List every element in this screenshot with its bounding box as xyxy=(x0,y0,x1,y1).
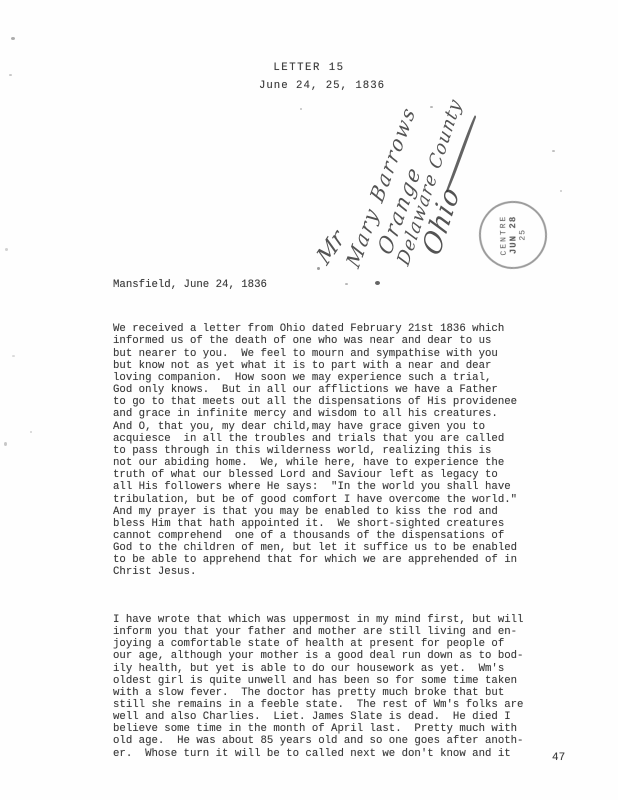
postmark-text: CENTRE JUN 28 25 xyxy=(499,214,528,255)
ink-speck xyxy=(11,37,15,40)
ink-speck xyxy=(552,150,555,152)
letter-line: all His followers where He says: "In the… xyxy=(113,481,523,493)
letter-heading-date: June 24, 25, 1836 xyxy=(13,80,618,92)
letter-line: to be able to apprehend that for which w… xyxy=(113,554,523,566)
letter-line: And my prayer is that you may be enabled… xyxy=(113,506,523,518)
letter-line: acquiesce in all the troubles and trials… xyxy=(113,433,523,445)
letter-heading-title: LETTER 15 xyxy=(0,62,618,74)
letter-line: believe some time in the month of April … xyxy=(113,723,523,735)
letter-line: inform you that your father and mother a… xyxy=(113,626,523,638)
address-prefix: Mr xyxy=(313,225,350,270)
postmark-stamp: CENTRE JUN 28 25 xyxy=(475,197,552,274)
ink-speck xyxy=(317,267,320,270)
letter-line: We received a letter from Ohio dated Feb… xyxy=(113,323,523,335)
letter-line: old age. He was about 85 years old and s… xyxy=(113,735,523,747)
letter-line: but nearer to you. We feel to mourn and … xyxy=(113,348,523,360)
letter-line: bless Him that hath appointed it. We sho… xyxy=(113,518,523,530)
letter-line: well and also Charlies. Liet. James Slat… xyxy=(113,711,523,723)
ink-speck xyxy=(9,74,12,76)
ink-speck xyxy=(4,442,7,446)
ink-speck xyxy=(345,283,348,285)
letter-body: We received a letter from Ohio dated Feb… xyxy=(113,299,523,795)
letter-line: Christ Jesus. xyxy=(113,566,523,578)
letter-line: to go to that meets out all the dispensa… xyxy=(113,396,523,408)
letter-line: I have wrote that which was uppermost in… xyxy=(113,614,523,626)
letter-line: joying a comfortable state of health at … xyxy=(113,638,523,650)
letter-dateline: Mansfield, June 24, 1836 xyxy=(113,279,267,291)
letter-line: ily health, but yet is able to do our ho… xyxy=(113,663,523,675)
letter-line: oldest girl is quite unwell and has been… xyxy=(113,675,523,687)
ink-speck xyxy=(300,108,302,110)
postmark-date: JUN 28 xyxy=(508,215,519,256)
ink-speck xyxy=(430,106,433,108)
ink-speck xyxy=(560,190,562,192)
letter-line: to pass through in this wilderness world… xyxy=(113,445,523,457)
paragraph: We received a letter from Ohio dated Feb… xyxy=(113,323,523,578)
envelope-scan: Mr Mary Barrows Orange Delaware County O… xyxy=(280,100,580,295)
scanned-letter-page: LETTER 15 June 24, 25, 1836 Mr Mary Barr… xyxy=(0,0,618,800)
ink-speck xyxy=(30,431,32,433)
ink-speck xyxy=(375,281,380,285)
postmark-digits: 25 xyxy=(518,214,528,255)
letter-line: er. Whose turn it will be to called next… xyxy=(113,748,523,760)
letter-line: but know not as yet what it is to part w… xyxy=(113,360,523,372)
letter-line: informed us of the death of one who was … xyxy=(113,335,523,347)
letter-line: God to the children of men, but let it s… xyxy=(113,542,523,554)
letter-line: our age, although your mother is a good … xyxy=(113,650,523,662)
letter-line: tribulation, but be of good comfort I ha… xyxy=(113,494,523,506)
letter-line: And O, that you, my dear child,may have … xyxy=(113,421,523,433)
letter-line: still she remains in a feeble state. The… xyxy=(113,699,523,711)
letter-line: truth of what our blessed Lord and Savio… xyxy=(113,469,523,481)
letter-line: cannot comprehend one of a thousands of … xyxy=(113,530,523,542)
letter-line: and grace in infinite mercy and wisdom t… xyxy=(113,408,523,420)
page-number: 47 xyxy=(552,752,565,764)
letter-line: loving companion. How soon we may experi… xyxy=(113,372,523,384)
paragraph: I have wrote that which was uppermost in… xyxy=(113,614,523,760)
letter-line: not our abiding home. We, while here, ha… xyxy=(113,457,523,469)
letter-line: God only knows. But in all our afflictio… xyxy=(113,384,523,396)
postmark-town: CENTRE xyxy=(499,215,509,256)
ink-speck xyxy=(5,248,8,251)
ink-speck xyxy=(12,355,15,357)
letter-line: with a slow fever. The doctor has pretty… xyxy=(113,687,523,699)
